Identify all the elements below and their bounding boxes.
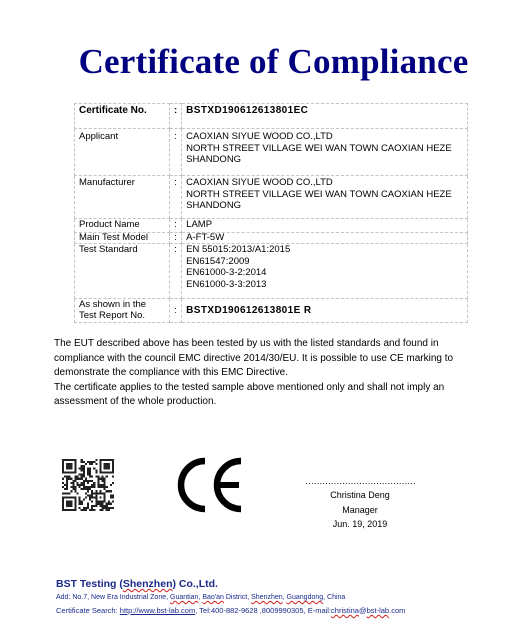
table-row-manufacturer: Manufacturer : CAOXIAN SIYUE WOOD CO.,LT… <box>75 176 468 219</box>
test-report-label: As shown in the Test Report No. <box>75 299 170 323</box>
separator: : <box>170 244 182 299</box>
email-at[interactable]: @ <box>359 606 367 615</box>
table-row-certificate-no: Certificate No. : BSTXD190612613801EC <box>75 104 468 129</box>
manufacturer-address-line: NORTH STREET VILLAGE WEI WAN TOWN CAOXIA… <box>186 189 463 201</box>
test-standard-label: Test Standard <box>75 244 170 299</box>
test-standard-item: EN61000-3-3:2013 <box>186 279 463 291</box>
address-part: Guangdong <box>287 594 324 601</box>
table-row-test-report: As shown in the Test Report No. : BSTXD1… <box>75 299 468 323</box>
qr-code-icon <box>62 459 114 511</box>
separator: : <box>170 104 182 129</box>
company-address: Add: No.7, New Era Industrial Zone, Guan… <box>56 591 496 604</box>
table-row-test-standard: Test Standard : EN 55015:2013/A1:2015 EN… <box>75 244 468 299</box>
certificate-search-line: Certificate Search: http://www.bst-lab.c… <box>56 604 496 617</box>
search-url-link[interactable]: http://www.bst-lab.com <box>120 606 195 615</box>
address-part: Shenzhen <box>251 594 283 601</box>
signature-date: Jun. 19, 2019 <box>305 517 415 532</box>
applicant-value: CAOXIAN SIYUE WOOD CO.,LTD NORTH STREET … <box>182 129 468 176</box>
table-row-product-name: Product Name : LAMP <box>75 219 468 233</box>
test-standard-item: EN61547:2009 <box>186 256 463 268</box>
product-name-label: Product Name <box>75 219 170 233</box>
main-test-model-value: A-FT-5W <box>182 233 468 244</box>
company-name-suffix: ) Co.,Ltd. <box>172 578 218 590</box>
address-part: District <box>226 594 247 601</box>
test-report-label-line2: Test Report No. <box>79 310 165 321</box>
applicant-address-line: NORTH STREET VILLAGE WEI WAN TOWN CAOXIA… <box>186 143 463 155</box>
email-tld[interactable]: .com <box>389 606 405 615</box>
email-domain[interactable]: bst-lab <box>367 606 390 615</box>
product-name-value: LAMP <box>182 219 468 233</box>
test-standard-item: EN61000-3-2:2014 <box>186 267 463 279</box>
main-test-model-label: Main Test Model <box>75 233 170 244</box>
signature-block: ………………………………… Christina Deng Manager Jun… <box>305 478 415 532</box>
table-row-applicant: Applicant : CAOXIAN SIYUE WOOD CO.,LTD N… <box>75 129 468 176</box>
footer: BST Testing (Shenzhen) Co.,Ltd. Add: No.… <box>56 578 496 617</box>
manufacturer-province: SHANDONG <box>186 200 463 212</box>
company-name-prefix: BST Testing ( <box>56 578 123 590</box>
test-report-value: BSTXD190612613801E R <box>182 299 468 323</box>
separator: : <box>170 233 182 244</box>
contact-tel: , Tel:400-882-9628 ,8009990305, E-mail: <box>195 606 331 615</box>
company-name-city: Shenzhen <box>123 578 173 590</box>
test-standard-value: EN 55015:2013/A1:2015 EN61547:2009 EN610… <box>182 244 468 299</box>
address-part: Bao'an <box>202 594 224 601</box>
separator: : <box>170 176 182 219</box>
address-suffix: , China <box>323 594 345 601</box>
manufacturer-value: CAOXIAN SIYUE WOOD CO.,LTD NORTH STREET … <box>182 176 468 219</box>
email-user[interactable]: christina <box>331 606 359 615</box>
applicant-province: SHANDONG <box>186 154 463 166</box>
manufacturer-name: CAOXIAN SIYUE WOOD CO.,LTD <box>186 177 463 189</box>
separator: : <box>170 299 182 323</box>
test-standard-item: EN 55015:2013/A1:2015 <box>186 244 463 256</box>
test-report-label-line1: As shown in the <box>79 299 165 310</box>
address-prefix: Add: No.7, New Era Industrial Zone, <box>56 594 170 601</box>
certificate-info-table: Certificate No. : BSTXD190612613801EC Ap… <box>74 103 468 323</box>
compliance-statement: The EUT described above has been tested … <box>54 337 484 410</box>
separator: : <box>170 219 182 233</box>
signatory-role: Manager <box>305 503 415 518</box>
certificate-title: Certificate of Compliance <box>0 42 527 82</box>
ce-mark-icon <box>172 457 248 513</box>
certificate-no-label: Certificate No. <box>75 104 170 129</box>
table-row-main-test-model: Main Test Model : A-FT-5W <box>75 233 468 244</box>
manufacturer-label: Manufacturer <box>75 176 170 219</box>
statement-paragraph-2: The certificate applies to the tested sa… <box>54 381 484 410</box>
statement-paragraph-1: The EUT described above has been tested … <box>54 337 484 381</box>
search-label: Certificate Search: <box>56 606 120 615</box>
address-part: Guantian <box>170 594 198 601</box>
certificate-no-value: BSTXD190612613801EC <box>182 104 468 129</box>
separator: : <box>170 129 182 176</box>
applicant-name: CAOXIAN SIYUE WOOD CO.,LTD <box>186 131 463 143</box>
applicant-label: Applicant <box>75 129 170 176</box>
company-name: BST Testing (Shenzhen) Co.,Ltd. <box>56 578 496 591</box>
signature-line: ………………………………… <box>305 478 415 488</box>
signatory-name: Christina Deng <box>305 488 415 503</box>
